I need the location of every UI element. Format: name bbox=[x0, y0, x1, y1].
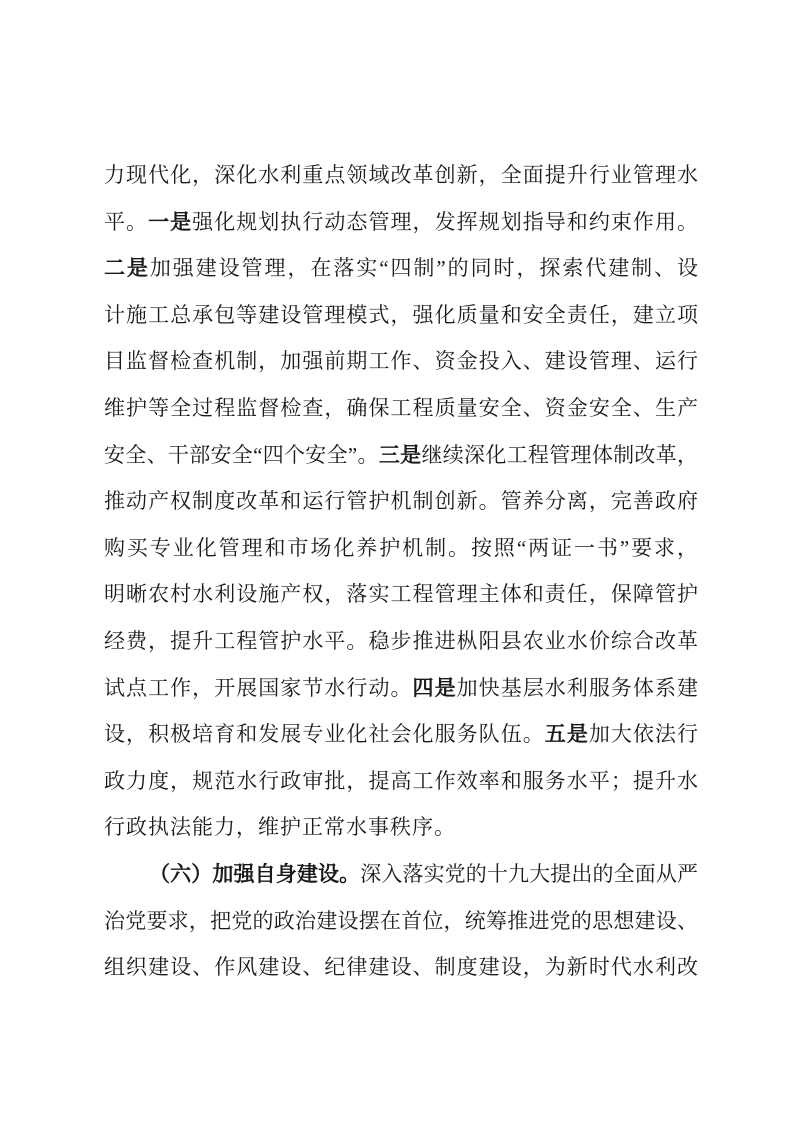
document-body: 力现代化，深化水利重点领域改革创新，全面提升行业管理水平。一是强化规划执行动态管… bbox=[104, 152, 698, 991]
text-run: 治党要求，把党的政治建设摆在首位，统筹推进党的思想建设、 bbox=[104, 909, 698, 933]
text-line: 维护等全过程监督检查，确保工程质量安全、资金安全、生产 bbox=[104, 385, 698, 432]
text-line: 计施工总承包等建设管理模式，强化质量和安全责任，建立项 bbox=[104, 292, 698, 339]
text-run: 维护等全过程监督检查，确保工程质量安全、资金安全、生产 bbox=[104, 396, 698, 420]
text-run: 经费，提升工程管护水平。稳步推进枞阳县农业水价综合改革 bbox=[104, 629, 698, 653]
text-line: 明晰农村水利设施产权，落实工程管理主体和责任，保障管护 bbox=[104, 571, 698, 618]
text-line: 经费，提升工程管护水平。稳步推进枞阳县农业水价综合改革 bbox=[104, 618, 698, 665]
text-run: 行政执法能力，维护正常水事秩序。 bbox=[104, 815, 456, 839]
text-line: 试点工作，开展国家节水行动。四是加快基层水利服务体系建 bbox=[104, 665, 698, 712]
text-line: 安全、干部安全“四个安全”。三是继续深化工程管理体制改革， bbox=[104, 432, 698, 479]
text-run: 力现代化，深化水利重点领域改革创新，全面提升行业管理水 bbox=[104, 163, 698, 187]
text-line: 二是加强建设管理，在落实“四制”的同时，探索代建制、设 bbox=[104, 245, 698, 292]
text-line: 平。一是强化规划执行动态管理，发挥规划指导和约束作用。 bbox=[104, 199, 698, 246]
text-line: 设，积极培育和发展专业化社会化服务队伍。五是加大依法行 bbox=[104, 711, 698, 758]
text-line: 行政执法能力，维护正常水事秩序。 bbox=[104, 804, 698, 851]
text-run: 深入落实党的十九大提出的全面从严 bbox=[360, 862, 698, 886]
text-run: 试点工作，开展国家节水行动。 bbox=[104, 676, 413, 700]
bold-text-run: 三是 bbox=[379, 443, 422, 467]
document-page: 力现代化，深化水利重点领域改革创新，全面提升行业管理水平。一是强化规划执行动态管… bbox=[0, 0, 793, 1122]
text-run: 政力度，规范水行政审批，提高工作效率和服务水平；提升水 bbox=[104, 769, 698, 793]
text-run: 计施工总承包等建设管理模式，强化质量和安全责任，建立项 bbox=[104, 303, 698, 327]
text-run: 加强建设管理，在落实“四制”的同时，探索代建制、设 bbox=[150, 256, 698, 280]
bold-text-run: 四是 bbox=[413, 676, 457, 700]
bold-text-run: 五是 bbox=[545, 722, 589, 746]
text-line: 推动产权制度改革和运行管护机制创新。管养分离，完善政府 bbox=[104, 478, 698, 525]
text-line: 购买专业化管理和市场化养护机制。按照“两证一书”要求， bbox=[104, 525, 698, 572]
text-line: 力现代化，深化水利重点领域改革创新，全面提升行业管理水 bbox=[104, 152, 698, 199]
text-line: 政力度，规范水行政审批，提高工作效率和服务水平；提升水 bbox=[104, 758, 698, 805]
text-run: 组织建设、作风建设、纪律建设、制度建设，为新时代水利改 bbox=[104, 955, 698, 979]
text-run: 继续深化工程管理体制改革， bbox=[421, 443, 698, 467]
bold-text-run: 一是 bbox=[148, 210, 192, 234]
paragraph-six-self-construction: （六）加强自身建设。深入落实党的十九大提出的全面从严治党要求，把党的政治建设摆在… bbox=[104, 851, 698, 991]
text-line: （六）加强自身建设。深入落实党的十九大提出的全面从严 bbox=[104, 851, 698, 898]
text-line: 治党要求，把党的政治建设摆在首位，统筹推进党的思想建设、 bbox=[104, 898, 698, 945]
text-run: 购买专业化管理和市场化养护机制。按照“两证一书”要求， bbox=[104, 536, 698, 560]
text-run: 设，积极培育和发展专业化社会化服务队伍。 bbox=[104, 722, 545, 746]
text-run: 平。 bbox=[104, 210, 148, 234]
text-line: 目监督检查机制，加强前期工作、资金投入、建设管理、运行 bbox=[104, 338, 698, 385]
bold-text-run: （六）加强自身建设。 bbox=[149, 862, 360, 886]
text-run: 推动产权制度改革和运行管护机制创新。管养分离，完善政府 bbox=[104, 489, 698, 513]
bold-text-run: 二是 bbox=[104, 256, 150, 280]
text-line: 组织建设、作风建设、纪律建设、制度建设，为新时代水利改 bbox=[104, 944, 698, 991]
text-run: 加大依法行 bbox=[589, 722, 698, 746]
text-run: 明晰农村水利设施产权，落实工程管理主体和责任，保障管护 bbox=[104, 582, 698, 606]
text-run: 加快基层水利服务体系建 bbox=[457, 676, 698, 700]
text-run: 强化规划执行动态管理，发挥规划指导和约束作用。 bbox=[192, 210, 698, 234]
text-run: 目监督检查机制，加强前期工作、资金投入、建设管理、运行 bbox=[104, 349, 698, 373]
text-run: 安全、干部安全“四个安全”。 bbox=[104, 443, 379, 467]
paragraph-industry-management: 力现代化，深化水利重点领域改革创新，全面提升行业管理水平。一是强化规划执行动态管… bbox=[104, 152, 698, 851]
